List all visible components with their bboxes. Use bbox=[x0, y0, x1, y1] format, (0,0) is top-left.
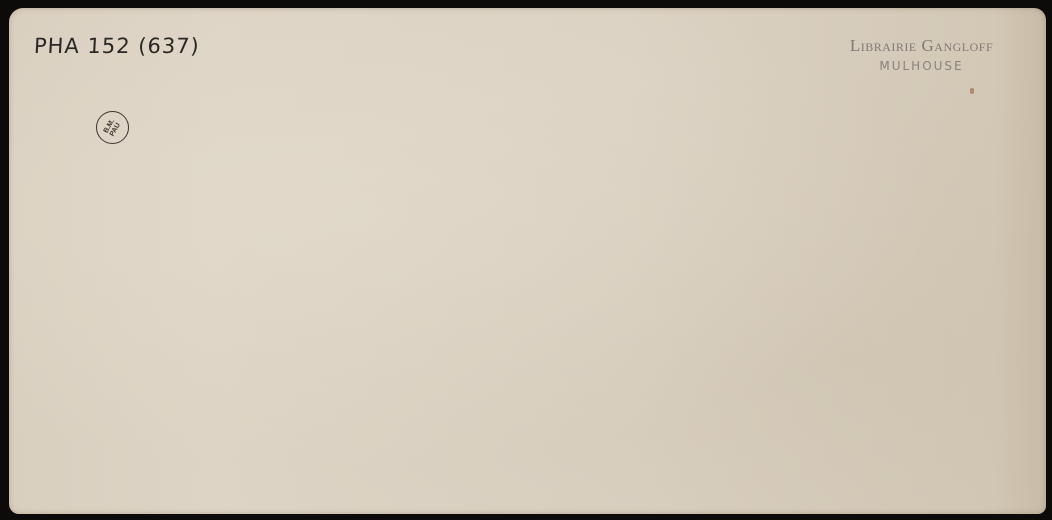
publisher-city: MULHOUSE bbox=[814, 59, 1029, 73]
publisher-imprint: Librairie Gangloff MULHOUSE bbox=[814, 36, 1029, 73]
stereo-card-back: PHA 152 (637) B.M. PAU Librairie Ganglof… bbox=[9, 8, 1046, 514]
library-stamp-icon: B.M. PAU bbox=[96, 111, 129, 144]
library-stamp-text: B.M. PAU bbox=[103, 118, 123, 138]
publisher-name: Librairie Gangloff bbox=[814, 36, 1029, 56]
handwritten-reference: PHA 152 (637) bbox=[33, 34, 200, 58]
paper-speck bbox=[970, 88, 974, 94]
